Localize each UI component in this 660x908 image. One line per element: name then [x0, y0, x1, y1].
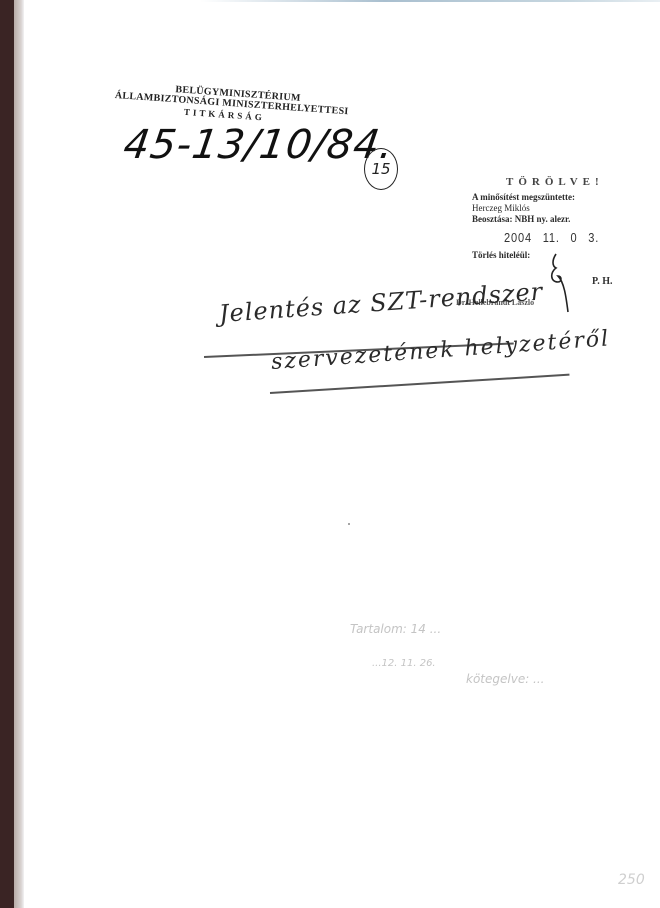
title-underline-2	[270, 374, 570, 394]
declassification-date: 2004 11. 0 3.	[504, 230, 599, 245]
declassification-seal: P. H.	[592, 276, 612, 287]
folio-number-text: 15	[371, 160, 390, 178]
pencil-note-3: kötegelve: ...	[466, 672, 545, 686]
signature-icon	[548, 252, 572, 314]
declassification-auth-label: Törlés hiteléül:	[472, 250, 530, 260]
page-number: 250	[618, 872, 645, 888]
declassification-title: TÖRÖLVE!	[506, 176, 604, 188]
scan-binding-edge	[0, 0, 14, 908]
scan-binding-shadow	[14, 0, 24, 908]
pencil-note-1: Tartalom: 14 ...	[350, 622, 441, 636]
folio-number: 15	[364, 148, 398, 190]
declassification-line2: Herczeg Miklós	[472, 203, 530, 213]
declassification-line3: Beosztása: NBH ny. alezr.	[472, 214, 570, 224]
scan-top-edge	[200, 0, 660, 2]
handwritten-title-line2: szervezetének helyzetéről	[270, 326, 611, 375]
handwritten-title-line1: Jelentés az SZT-rendszer	[218, 277, 544, 328]
declassification-line1: A minősítést megszüntette:	[472, 192, 575, 202]
scan-speck	[348, 523, 350, 525]
pencil-note-2: ...12. 11. 26.	[372, 658, 436, 669]
registration-number: 45-13/10/84.	[121, 122, 397, 168]
